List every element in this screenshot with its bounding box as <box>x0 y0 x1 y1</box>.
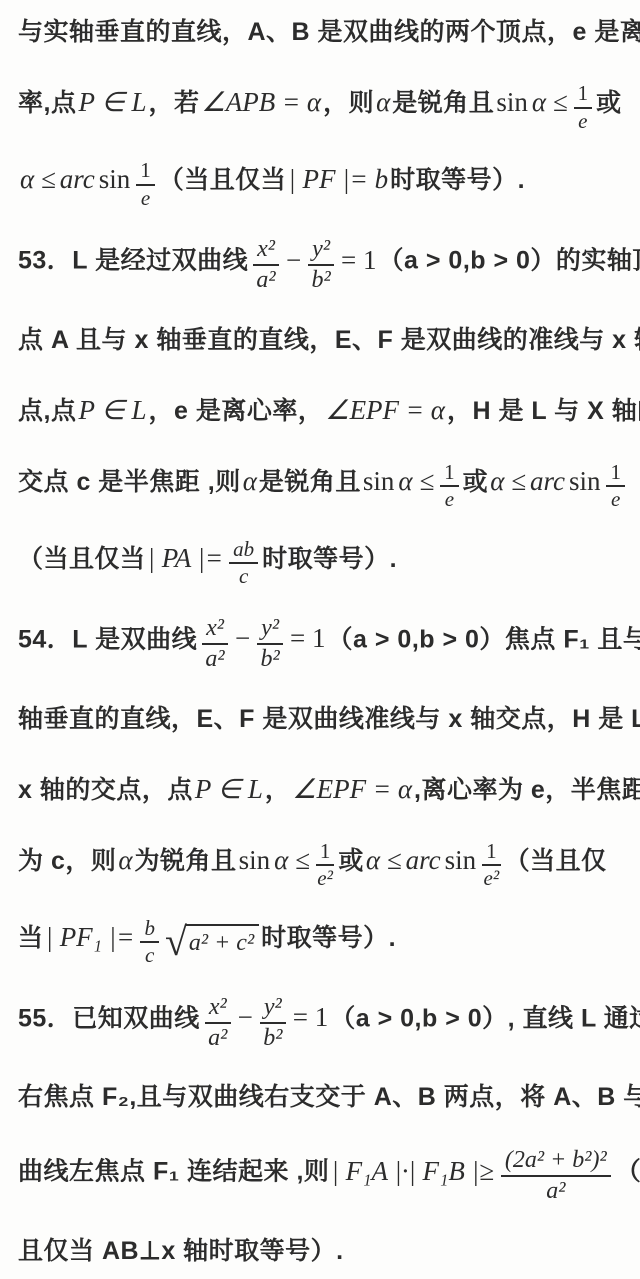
fraction-denominator: a² <box>253 266 279 294</box>
math-run: ∠APB = α <box>200 87 324 117</box>
fraction-denominator: a² <box>202 645 228 673</box>
math-run: = 1 <box>291 1002 330 1032</box>
sin-operator: sin <box>443 845 479 875</box>
text-run: （当且仅 <box>505 847 607 875</box>
text-run: 交点 c 是半焦距 ,则 <box>18 468 241 496</box>
math-run: | PF₁ |= <box>44 922 137 952</box>
fraction-numerator: 1 <box>482 840 501 867</box>
fraction: 1e <box>574 82 593 133</box>
fraction-numerator: y² <box>257 615 283 645</box>
sqrt-sign: √ <box>165 922 187 962</box>
math-run: arc <box>58 164 97 194</box>
fraction-numerator: x² <box>205 994 231 1024</box>
text-run: （当且仅当 <box>18 545 146 573</box>
math-run: = 1 <box>339 245 378 275</box>
math-run: ∠EPF = α <box>290 774 414 804</box>
math-run: = 1 <box>288 623 327 653</box>
fraction-numerator: b <box>140 917 159 944</box>
fraction: x²a² <box>253 236 279 294</box>
text-run: 时取等号）. <box>262 545 397 573</box>
fraction-denominator: b² <box>260 1024 286 1052</box>
text-run: 或 <box>463 468 489 496</box>
text-run: 时取等号）. <box>261 924 396 952</box>
text-run: 为 c，则 <box>18 847 116 875</box>
math-run: α ≤ <box>18 164 58 194</box>
math-run: arc <box>404 845 443 875</box>
item-number-and-text: 55．已知双曲线 <box>18 1004 200 1032</box>
text-line: 54．L 是双曲线x²a²−y²b²= 1（a > 0,b > 0）焦点 F₁ … <box>18 615 622 673</box>
fraction: abc <box>229 538 258 589</box>
text-line: 53．L 是经过双曲线x²a²−y²b²= 1（a > 0,b > 0）的实轴顶 <box>18 236 622 294</box>
fraction-numerator: ab <box>229 538 258 565</box>
text-run: ，e 是离心率， <box>149 397 324 425</box>
math-run: α ≤ <box>272 845 312 875</box>
fraction: bc <box>140 917 159 968</box>
text-run: 当 <box>18 924 44 952</box>
fraction-denominator: e² <box>316 866 335 891</box>
minus-operator: − <box>284 245 303 275</box>
text-line: x 轴的交点，点P ∈ L，∠EPF = α,离心率为 e，半焦距 <box>18 769 622 814</box>
text-run: ，则 <box>323 89 374 117</box>
fraction: 1e <box>136 159 155 210</box>
fraction-denominator: b² <box>257 645 283 673</box>
fraction-numerator: 1 <box>440 461 459 488</box>
fraction-denominator: a² <box>501 1177 611 1205</box>
sin-operator: sin <box>97 164 133 194</box>
fraction-denominator: e² <box>482 866 501 891</box>
math-run: α ≤ <box>488 466 528 496</box>
fraction-numerator: 1 <box>574 82 593 109</box>
text-run: 或 <box>338 847 364 875</box>
fraction-numerator: 1 <box>136 159 155 186</box>
fraction-denominator: e <box>606 487 625 512</box>
minus-operator: − <box>233 623 252 653</box>
fraction: x²a² <box>205 994 231 1052</box>
text-run: 时取等号）. <box>390 166 525 194</box>
sin-operator: sin <box>494 87 530 117</box>
fraction-numerator: y² <box>308 236 334 266</box>
text-run: 或 <box>596 89 622 117</box>
text-line: 曲线左焦点 F₁ 连结起来 ,则| F₁A |·| F₁B |≥(2a² + b… <box>18 1147 622 1205</box>
text-run: （a > 0,b > 0）焦点 F₁ 且与 x <box>328 625 640 653</box>
text-line: 且仅当 AB⊥x 轴时取等号）. <box>18 1231 622 1275</box>
math-run: α ≤ <box>396 466 436 496</box>
item-number-and-text: 53．L 是经过双曲线 <box>18 247 248 275</box>
fraction: y²b² <box>257 615 283 673</box>
text-run: 点 A 且与 x 轴垂直的直线，E、F 是双曲线的准线与 x 轴交 <box>18 326 640 354</box>
text-line: 点 A 且与 x 轴垂直的直线，E、F 是双曲线的准线与 x 轴交 <box>18 320 622 364</box>
math-run: P ∈ L <box>193 774 265 804</box>
fraction: 1e <box>606 461 625 512</box>
math-run: α ≤ <box>530 87 570 117</box>
fraction-numerator: 1 <box>316 840 335 867</box>
math-run: α <box>241 466 259 496</box>
text-line: 为 c，则α为锐角且sinα ≤1e²或α ≤arcsin1e²（当且仅 <box>18 840 622 891</box>
text-run: x 轴的交点，点 <box>18 776 193 804</box>
fraction: 1e <box>440 461 459 512</box>
text-line: 55．已知双曲线x²a²−y²b²= 1（a > 0,b > 0）, 直线 L … <box>18 994 622 1052</box>
math-run: α <box>374 87 392 117</box>
fraction: y²b² <box>308 236 334 294</box>
fraction-denominator: a² <box>205 1024 231 1052</box>
fraction: 1e² <box>482 840 501 891</box>
text-run: 与实轴垂直的直线，A、B 是双曲线的两个顶点，e 是离心 <box>18 18 640 46</box>
math-run: arc <box>528 466 567 496</box>
sin-operator: sin <box>237 845 273 875</box>
text-run: （a > 0,b > 0）, 直线 L 通过其 <box>330 1004 640 1032</box>
text-run: （a > 0,b > 0）的实轴顶 <box>379 247 640 275</box>
fraction: y²b² <box>260 994 286 1052</box>
math-run: α ≤ <box>364 845 404 875</box>
text-line: （当且仅当| PA |=abc时取等号）. <box>18 538 622 589</box>
text-run: 是锐角且 <box>392 89 494 117</box>
text-run: ， <box>265 776 291 804</box>
text-run: （当且仅当 <box>159 166 287 194</box>
minus-operator: − <box>236 1002 255 1032</box>
item-number-and-text: 54．L 是双曲线 <box>18 625 197 653</box>
text-run: （当 <box>616 1158 640 1186</box>
math-run: | PA |= <box>146 543 226 573</box>
text-run: 为锐角且 <box>135 847 237 875</box>
math-run: | F₁A |·| F₁B |≥ <box>329 1156 496 1186</box>
text-run: 轴垂直的直线，E、F 是双曲线准线与 x 轴交点，H 是 L 与 <box>18 705 640 733</box>
text-run: ，若 <box>149 89 200 117</box>
fraction: 1e² <box>316 840 335 891</box>
radicand: a² + c² <box>185 924 259 956</box>
fraction-numerator: x² <box>253 236 279 266</box>
text-line: 点,点P ∈ L，e 是离心率，∠EPF = α，H 是 L 与 X 轴的 <box>18 390 622 435</box>
math-run: P ∈ L <box>76 395 148 425</box>
text-run: 是锐角且 <box>259 468 361 496</box>
fraction-denominator: b² <box>308 266 334 294</box>
text-line: 交点 c 是半焦距 ,则α是锐角且sinα ≤1e或α ≤arcsin1e <box>18 461 622 512</box>
text-line: 当| PF₁ |=bc√a² + c²时取等号）. <box>18 917 622 968</box>
sqrt-radical: √a² + c² <box>165 922 259 962</box>
text-run: 点,点 <box>18 397 76 425</box>
text-run: 右焦点 F₂,且与双曲线右支交于 A、B 两点，将 A、B 与双 <box>18 1083 640 1111</box>
text-run: 率,点 <box>18 89 76 117</box>
fraction-numerator: (2a² + b²)² <box>501 1147 611 1177</box>
sin-operator: sin <box>361 466 397 496</box>
text-line: 轴垂直的直线，E、F 是双曲线准线与 x 轴交点，H 是 L 与 <box>18 699 622 743</box>
text-line: α ≤arcsin1e（当且仅当| PF |= b时取等号）. <box>18 159 622 210</box>
math-document-page: 与实轴垂直的直线，A、B 是双曲线的两个顶点，e 是离心 率,点P ∈ L，若∠… <box>0 0 640 1279</box>
math-run: P ∈ L <box>76 87 148 117</box>
fraction-denominator: e <box>136 186 155 211</box>
text-run: 且仅当 AB⊥x 轴时取等号）. <box>18 1237 344 1265</box>
text-run: ,离心率为 e，半焦距 <box>414 776 640 804</box>
fraction-numerator: 1 <box>606 461 625 488</box>
fraction-denominator: c <box>229 564 258 589</box>
fraction-numerator: x² <box>202 615 228 645</box>
math-run: ∠EPF = α <box>323 395 447 425</box>
fraction-denominator: c <box>140 943 159 968</box>
math-run: | PF |= b <box>286 164 390 194</box>
text-line: 率,点P ∈ L，若∠APB = α，则α是锐角且sinα ≤1e或 <box>18 82 622 133</box>
fraction-denominator: e <box>440 487 459 512</box>
fraction: x²a² <box>202 615 228 673</box>
fraction: (2a² + b²)²a² <box>501 1147 611 1205</box>
text-line: 与实轴垂直的直线，A、B 是双曲线的两个顶点，e 是离心 <box>18 12 622 56</box>
text-run: ，H 是 L 与 X 轴的 <box>447 397 640 425</box>
text-line: 右焦点 F₂,且与双曲线右支交于 A、B 两点，将 A、B 与双 <box>18 1077 622 1121</box>
text-run: 曲线左焦点 F₁ 连结起来 ,则 <box>18 1158 329 1186</box>
fraction-numerator: y² <box>260 994 286 1024</box>
fraction-denominator: e <box>574 109 593 134</box>
math-run: α <box>116 845 134 875</box>
sin-operator: sin <box>567 466 603 496</box>
